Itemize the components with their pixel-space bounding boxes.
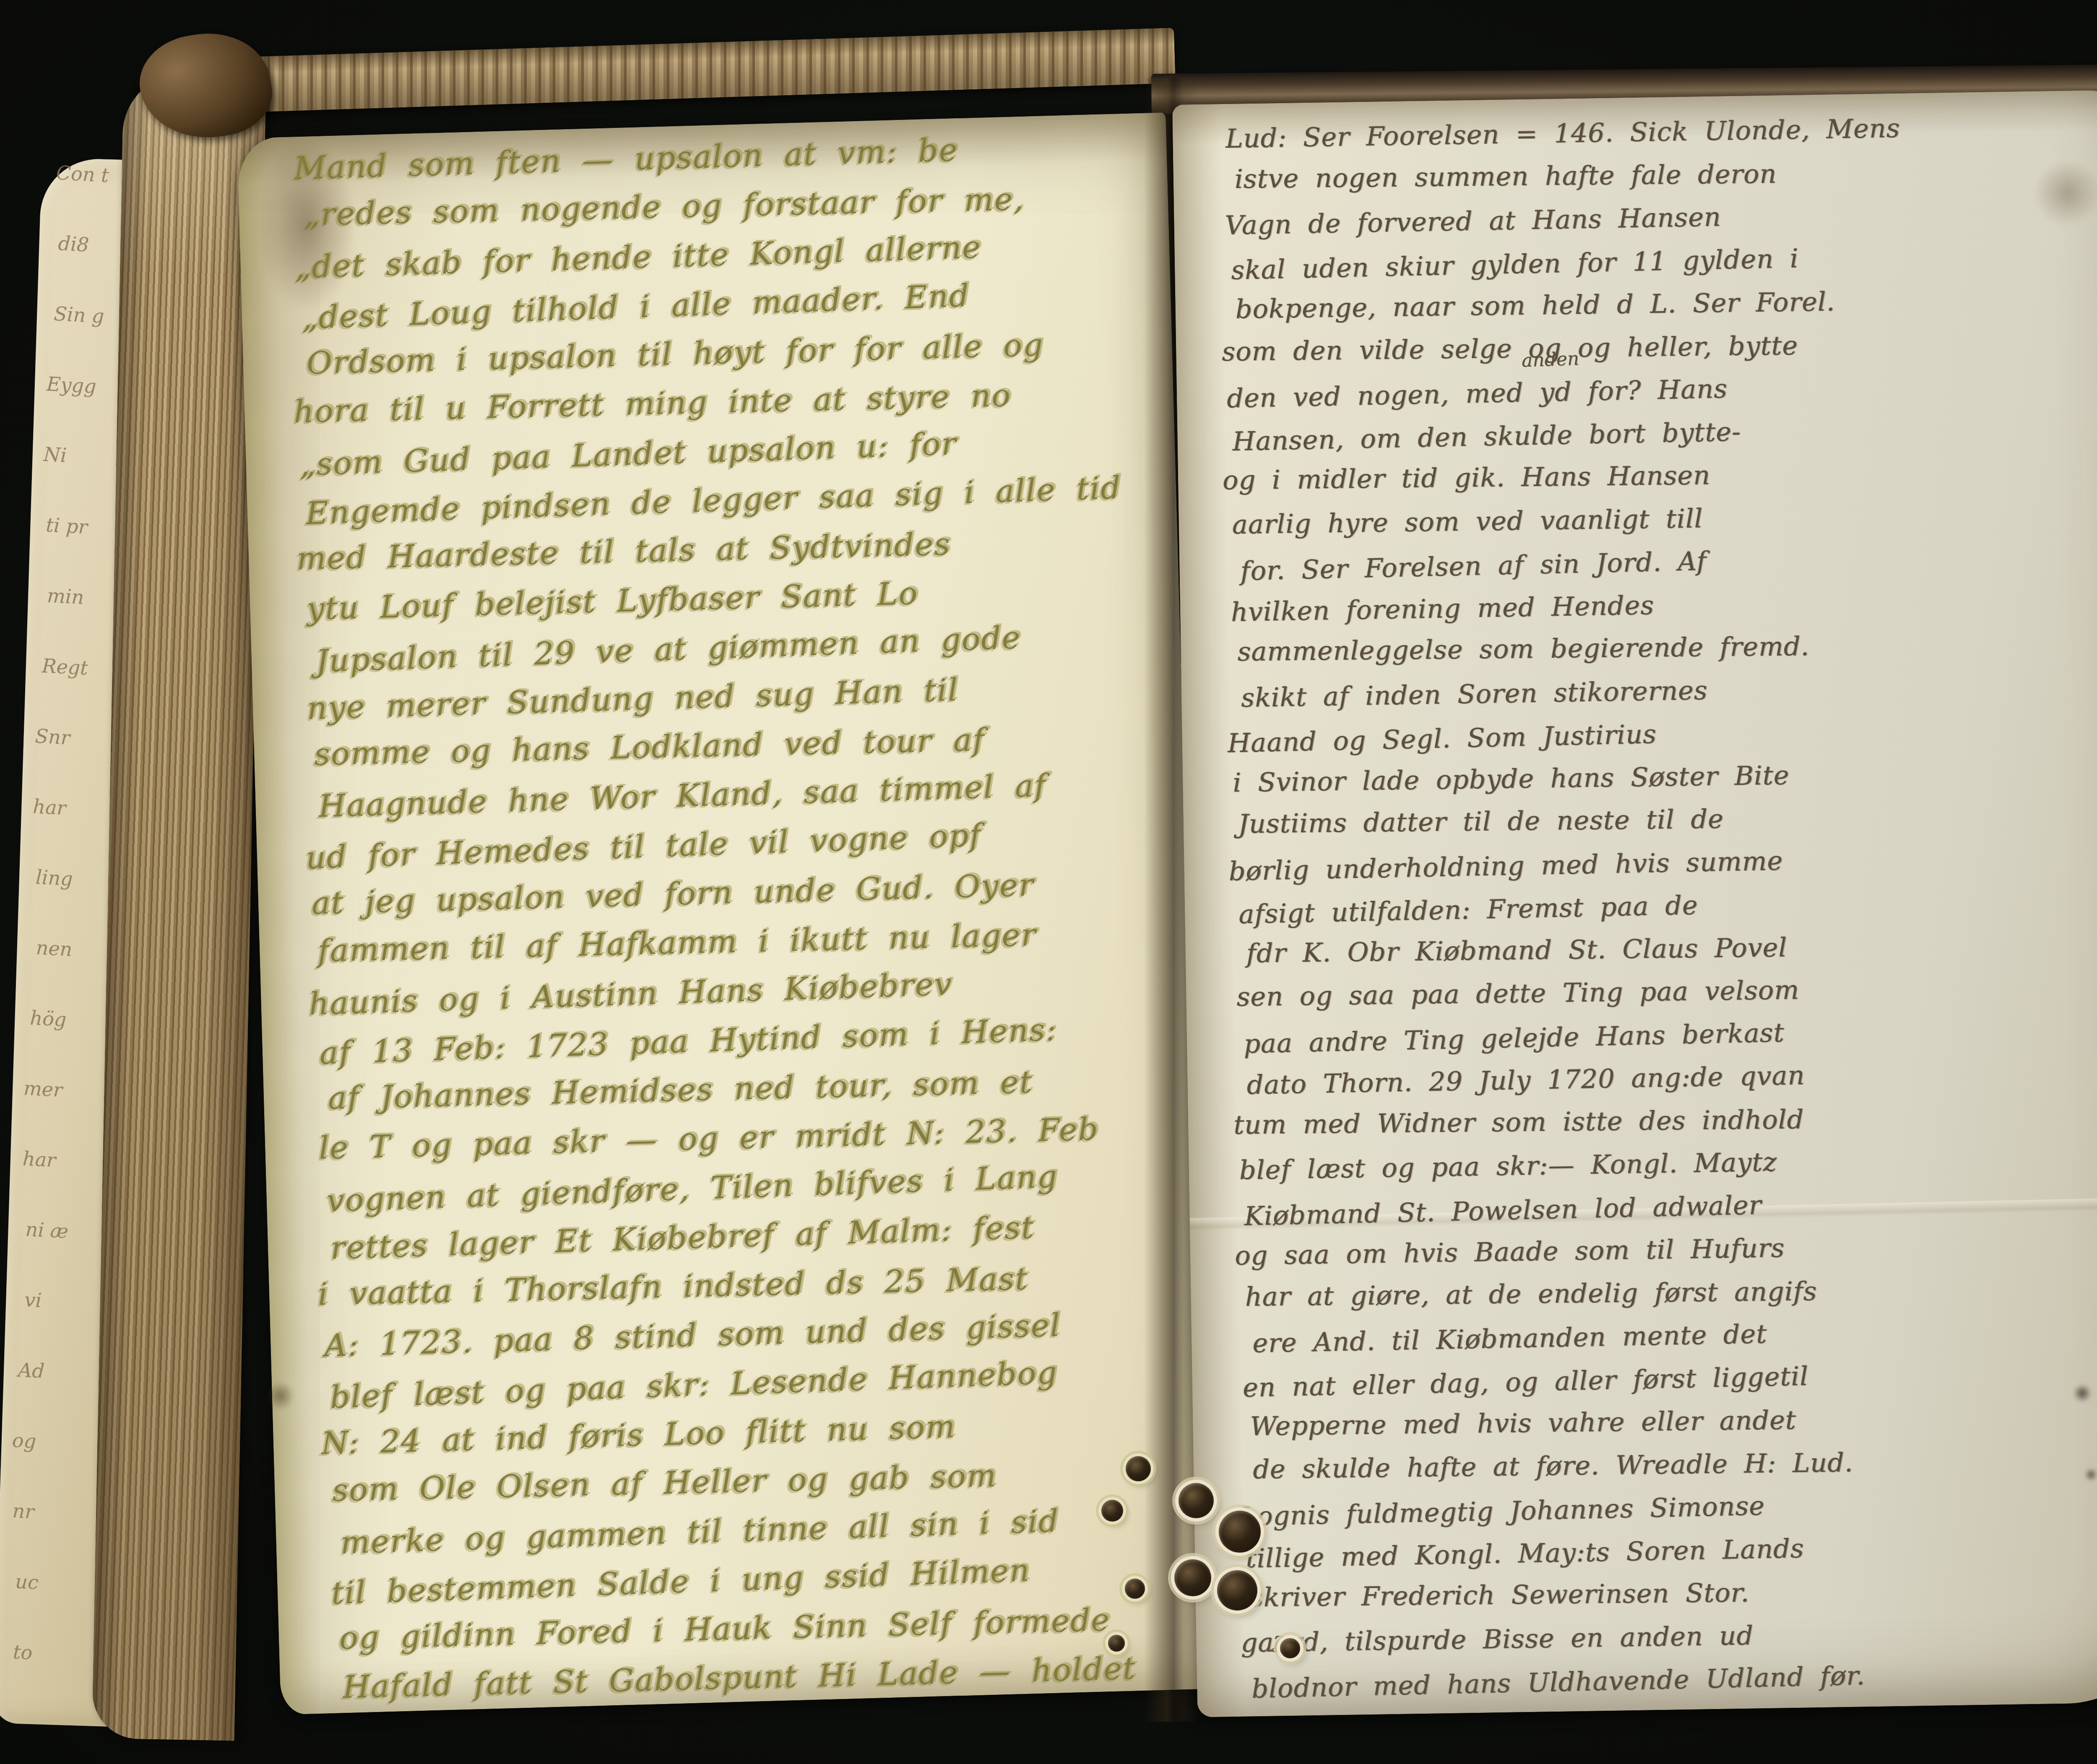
right-page-handwriting: Lud: Ser Foorelsen = 146. Sick Ulonde, M…	[1219, 103, 2097, 1711]
manuscript-scan-photo: Con tdi8Sin gEyggNiti prminRegtSnrharlin…	[0, 0, 2097, 1764]
left-leaves-head-edges	[189, 28, 1176, 114]
interline-insertion-word: anden	[1521, 348, 1579, 372]
left-page: Mand som ften — upsalon at vm: be„redes …	[237, 112, 1210, 1715]
left-page-handwriting: Mand som ften — upsalon at vm: be„redes …	[287, 120, 1198, 1709]
right-page: Lud: Ser Foorelsen = 146. Sick Ulonde, M…	[1172, 89, 2097, 1717]
